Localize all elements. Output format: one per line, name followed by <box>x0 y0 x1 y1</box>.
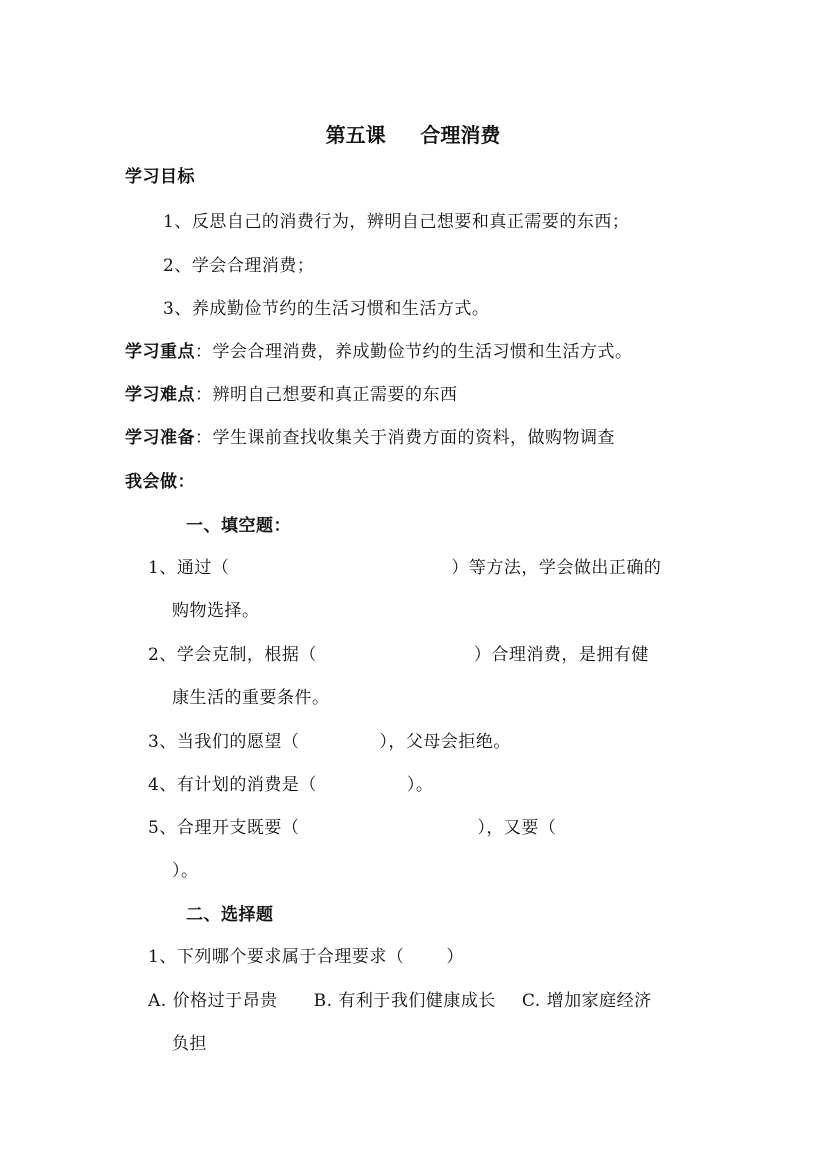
fill-q3-prefix: 3、当我们的愿望（ <box>148 732 299 752</box>
preparation-colon: ： <box>195 428 213 448</box>
objective-item-3: 3、养成勤俭节约的生活习惯和生活方式。 <box>163 299 489 319</box>
fill-question-2-continuation: 康生活的重要条件。 <box>172 688 330 708</box>
title-spacer <box>386 123 421 147</box>
objective-item-1: 1、反思自己的消费行为，辨明自己想要和真正需要的东西； <box>163 212 629 232</box>
choice-question-1: 1、下列哪个要求属于合理要求（） <box>148 947 464 967</box>
key-point-colon: ： <box>195 342 213 362</box>
fill-q4-prefix: 4、有计划的消费是（ <box>148 775 317 795</box>
fill-section-heading: 一、填空题： <box>186 516 291 536</box>
fill-question-5: 5、合理开支既要（），又要（ <box>148 818 556 838</box>
objectives-heading: 学习目标 <box>125 167 195 187</box>
preparation-line: 学习准备：学生课前查找收集关于消费方面的资料，做购物调查 <box>125 428 615 448</box>
fill-question-4: 4、有计划的消费是（）。 <box>148 775 433 795</box>
fill-q2-prefix: 2、学会克制，根据（ <box>148 645 317 665</box>
page-title: 第五课 合理消费 <box>0 122 826 148</box>
fill-q4-suffix: ）。 <box>407 775 434 795</box>
choice-q1-options: A. 价格过于昂贵B. 有利于我们健康成长C. 增加家庭经济 <box>148 991 652 1011</box>
fill-q5-prefix: 5、合理开支既要（ <box>148 818 299 838</box>
difficulty-text: 辨明自己想要和真正需要的东西 <box>213 385 458 405</box>
choice-q1-stem-suffix: ） <box>446 947 464 967</box>
choice-option-a: A. 价格过于昂贵 <box>148 991 278 1011</box>
fill-question-1: 1、通过（）等方法，学会做出正确的 <box>148 558 661 578</box>
title-lesson: 第五课 <box>326 123 386 147</box>
difficulty-colon: ： <box>195 385 213 405</box>
choice-section-heading: 二、选择题 <box>186 905 274 925</box>
difficulty-line: 学习难点：辨明自己想要和真正需要的东西 <box>125 385 458 405</box>
fill-q3-suffix: ），父母会拒绝。 <box>379 732 511 752</box>
preparation-text: 学生课前查找收集关于消费方面的资料，做购物调查 <box>213 428 616 448</box>
fill-q1-prefix: 1、通过（ <box>148 558 229 578</box>
choice-option-c: C. 增加家庭经济 <box>522 991 652 1011</box>
key-point-text: 学会合理消费，养成勤俭节约的生活习惯和生活方式。 <box>213 342 633 362</box>
objective-item-2: 2、学会合理消费； <box>163 256 314 276</box>
fill-q5-middle: ），又要（ <box>477 818 556 838</box>
fill-question-5-continuation: ）。 <box>172 861 199 881</box>
fill-question-1-continuation: 购物选择。 <box>172 601 260 621</box>
fill-question-3: 3、当我们的愿望（），父母会拒绝。 <box>148 732 511 752</box>
document-page: 第五课 合理消费 学习目标 1、反思自己的消费行为，辨明自己想要和真正需要的东西… <box>0 0 826 1169</box>
exercise-heading: 我会做： <box>125 472 195 492</box>
title-topic: 合理消费 <box>420 123 500 147</box>
key-point-line: 学习重点：学会合理消费，养成勤俭节约的生活习惯和生活方式。 <box>125 342 633 362</box>
key-point-label: 学习重点 <box>125 342 195 362</box>
fill-q2-suffix: ）合理消费，是拥有健 <box>474 645 649 665</box>
fill-q5-continuation: ）。 <box>172 861 199 881</box>
choice-option-c-continuation: 负担 <box>172 1034 207 1054</box>
fill-q1-suffix: ）等方法，学会做出正确的 <box>451 558 661 578</box>
choice-q1-stem-prefix: 1、下列哪个要求属于合理要求（ <box>148 947 404 967</box>
choice-option-b: B. 有利于我们健康成长 <box>314 991 496 1011</box>
difficulty-label: 学习难点 <box>125 385 195 405</box>
preparation-label: 学习准备 <box>125 428 195 448</box>
fill-question-2: 2、学会克制，根据（）合理消费，是拥有健 <box>148 645 649 665</box>
